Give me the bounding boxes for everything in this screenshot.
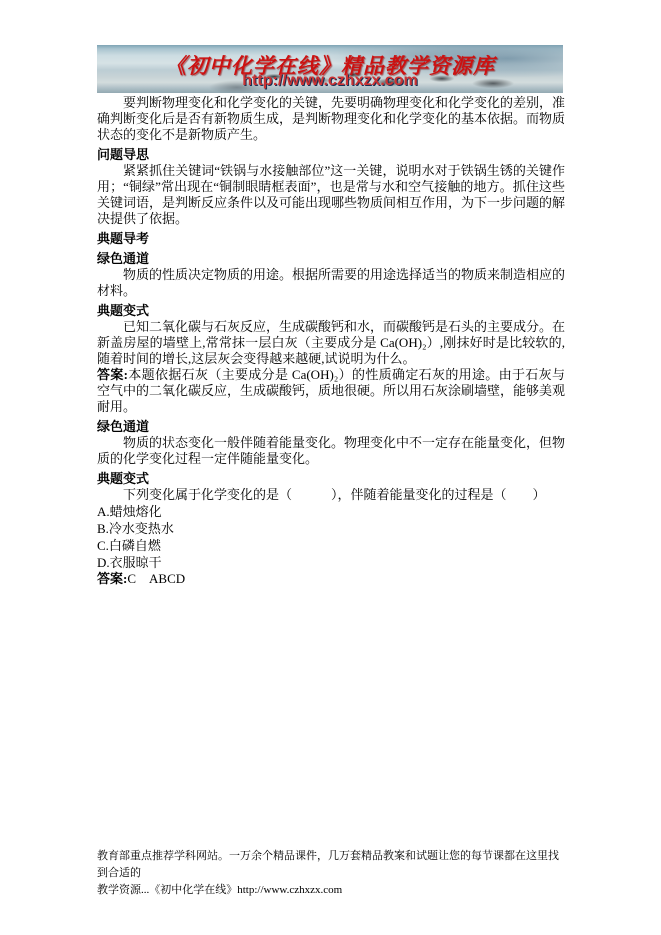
footer-line1: 教育部重点推荐学科网站。一万余个精品课件，几万套精品教案和试题让您的每节课都在这… xyxy=(97,850,559,879)
answer-1: 答案:本题依据石灰（主要成分是 Ca(OH)₂）的性质确定石灰的用途。由于石灰与… xyxy=(97,367,565,415)
option-c: C.白磷自燃 xyxy=(97,537,565,554)
answer-2: 答案:C ABCD xyxy=(97,571,565,587)
multiple-choice-question: 下列变化属于化学变化的是（ ），伴随着能量变化的过程是（ ） xyxy=(97,487,565,503)
dianti-bianshi-1-question: 已知二氧化碳与石灰反应，生成碳酸钙和水，而碳酸钙是石头的主要成分。在新盖房屋的墙… xyxy=(97,319,565,367)
section-heading-lvse-tongdao-2: 绿色通道 xyxy=(97,419,565,435)
intro-paragraph: 要判断物理变化和化学变化的关键，先要明确物理变化和化学变化的差别，准确判断变化后… xyxy=(97,95,565,143)
footer-line2-text: 教学资源...《初中化学在线》 xyxy=(97,884,237,896)
lvse-tongdao-2-paragraph: 物质的状态变化一般伴随着能量变化。物理变化中不一定存在能量变化，但物质的化学变化… xyxy=(97,435,565,467)
section-heading-wenti-daosi: 问题导思 xyxy=(97,147,565,163)
answer-2-text: C ABCD xyxy=(127,571,185,586)
page-footer: 教育部重点推荐学科网站。一万余个精品课件，几万套精品教案和试题让您的每节课都在这… xyxy=(97,848,565,899)
lvse-tongdao-1-paragraph: 物质的性质决定物质的用途。根据所需要的用途选择适当的物质来制造相应的材料。 xyxy=(97,267,565,299)
answer-1-label: 答案: xyxy=(97,367,128,382)
option-a: A.蜡烛熔化 xyxy=(97,503,565,520)
option-d: D.衣服晾干 xyxy=(97,554,565,571)
section-heading-dianti-bianshi-1: 典题变式 xyxy=(97,303,565,319)
section-heading-lvse-tongdao-1: 绿色通道 xyxy=(97,251,565,267)
document-page: 《初中化学在线》精品教学资源库 http://www.czhxzx.com 要判… xyxy=(0,0,661,935)
answer-1-text: 本题依据石灰（主要成分是 Ca(OH)₂）的性质确定石灰的用途。由于石灰与空气中… xyxy=(97,367,565,414)
site-banner: 《初中化学在线》精品教学资源库 http://www.czhxzx.com xyxy=(97,45,563,93)
wenti-daosi-paragraph: 紧紧抓住关键词“铁锅与水接触部位”这一关键，说明水对于铁锅生锈的关键作用；“铜绿… xyxy=(97,163,565,227)
banner-site-url[interactable]: http://www.czhxzx.com xyxy=(97,72,563,90)
option-b: B.冷水变热水 xyxy=(97,520,565,537)
answer-2-label: 答案: xyxy=(97,571,127,586)
section-heading-dianti-bianshi-2: 典题变式 xyxy=(97,471,565,487)
document-body: 要判断物理变化和化学变化的关键，先要明确物理变化和化学变化的差别，准确判断变化后… xyxy=(97,95,565,587)
footer-site-url[interactable]: http://www.czhxzx.com xyxy=(237,884,342,896)
section-heading-dianti-daokao: 典题导考 xyxy=(97,231,565,247)
